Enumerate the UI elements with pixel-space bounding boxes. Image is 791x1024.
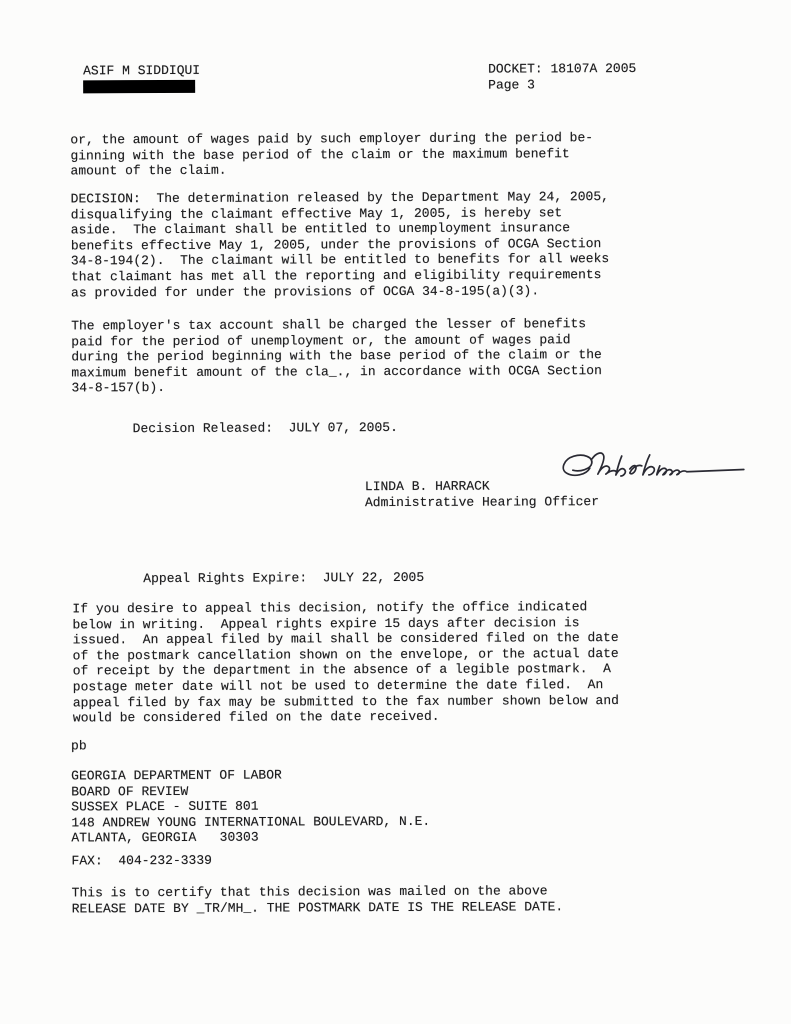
signer-title: Administrative Hearing Officer [365,494,599,510]
agency-address-block: GEORGIA DEPARTMENT OF LABOR BOARD OF REV… [71,767,430,847]
preparer-initials: pb [71,738,87,754]
decision-released-line: Decision Released: JULY 07, 2005. [133,420,398,437]
appeal-rights-expire-line: Appeal Rights Expire: JULY 22, 2005 [143,570,424,587]
paragraph-employer-charge: The employer's tax account shall be char… [71,316,602,396]
scanned-decision-page: ASIF M SIDDIQUI DOCKET: 18107A 2005 Page… [0,0,791,1024]
redaction-bar [83,80,195,93]
paragraph-appeal-instructions: If you desire to appeal this decision, n… [72,599,619,726]
docket-number: DOCKET: 18107A 2005 [488,61,636,77]
signer-name: LINDA B. HARRACK [365,479,490,495]
fax-line: FAX: 404-232-3339 [71,853,212,869]
scan-content: ASIF M SIDDIQUI DOCKET: 18107A 2005 Page… [0,0,791,1024]
claimant-name: ASIF M SIDDIQUI [83,63,200,79]
paragraph-decision: DECISION: The determination released by … [71,189,610,301]
paragraph-wages-intro: or, the amount of wages paid by such emp… [70,130,593,179]
certification-block: This is to certify that this decision wa… [72,883,564,916]
signer-block: LINDA B. HARRACK Administrative Hearing … [365,478,599,510]
page-number: Page 3 [488,77,535,92]
docket-header: DOCKET: 18107A 2005 Page 3 [488,61,636,93]
